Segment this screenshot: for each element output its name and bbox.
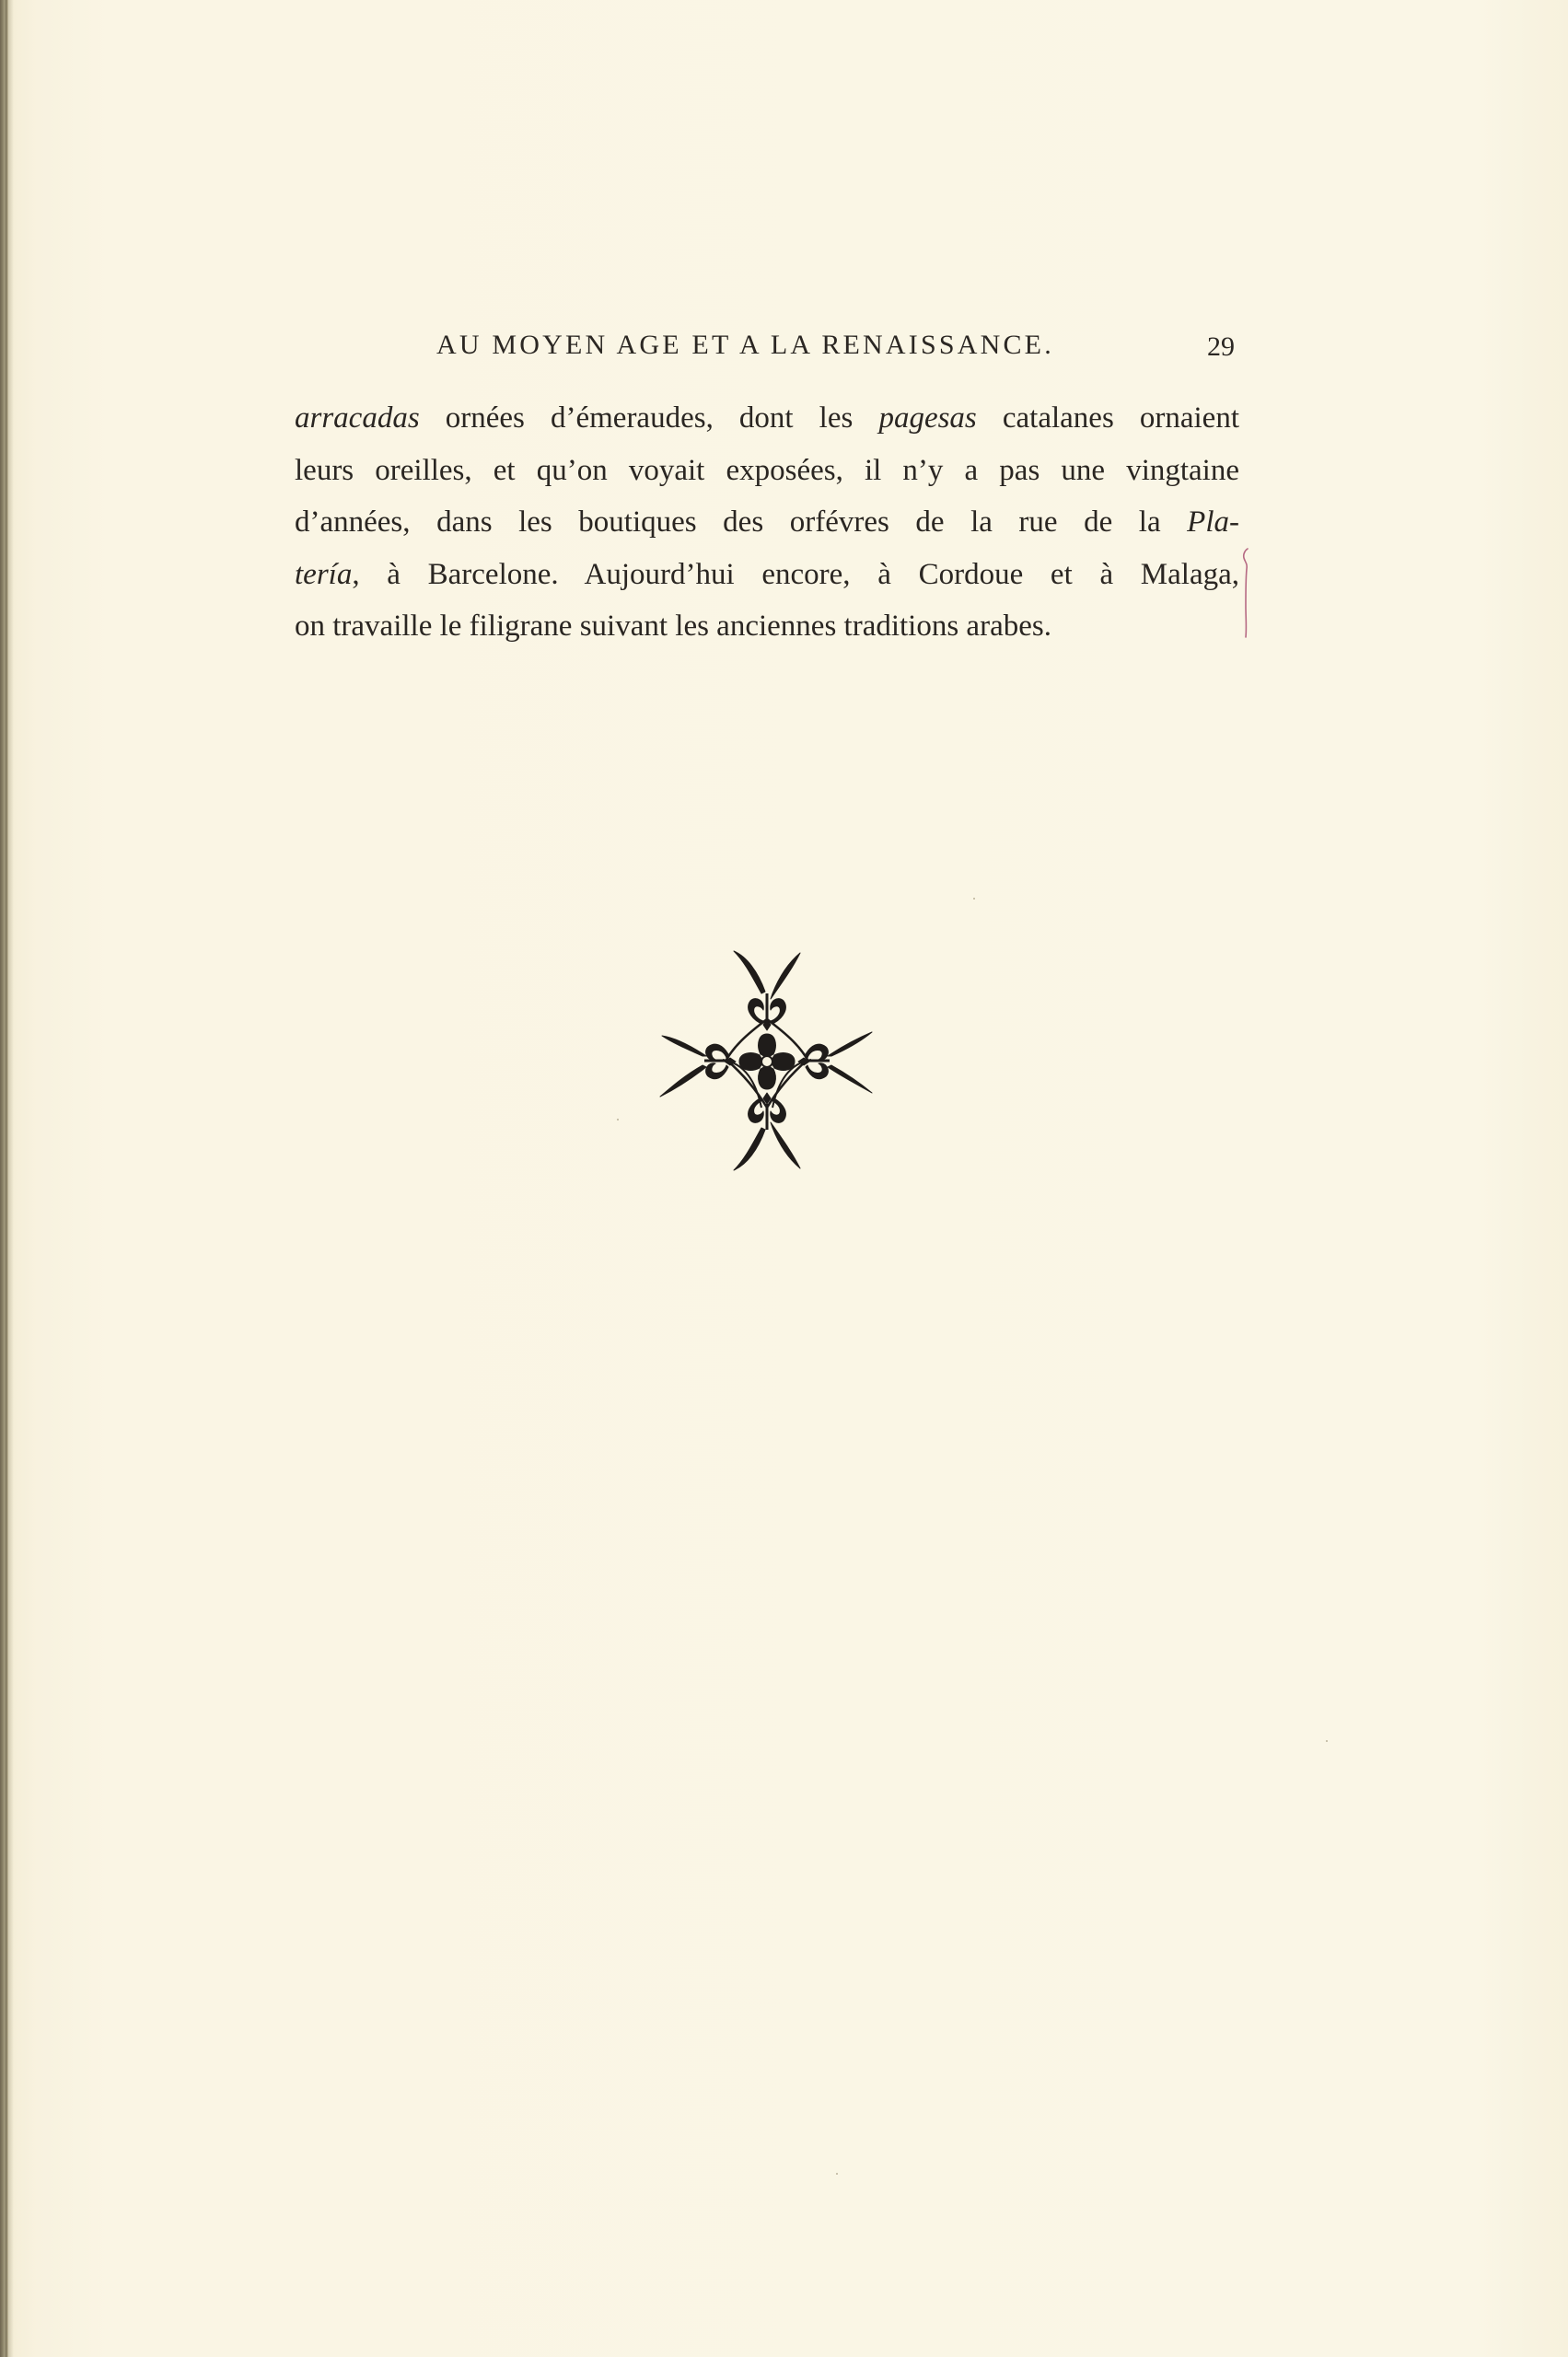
paper-speck — [617, 1119, 619, 1120]
text-line-5: on travaille le filigrane suivant les an… — [295, 600, 1186, 653]
spine-shadow — [8, 0, 14, 2357]
text-segment: , à Barcelone. Aujourd’hui encore, à Cor… — [352, 558, 1239, 591]
text-line-1: arracadas ornées d’émeraudes, dont les p… — [295, 392, 1239, 445]
paper-speck — [836, 2173, 838, 2175]
italic-word: Pla- — [1187, 505, 1239, 539]
text-segment: ornées d’émeraudes, dont les — [420, 401, 879, 435]
red-hair-mark-icon — [1239, 547, 1252, 639]
text-segment: leurs oreilles, et qu’on voyait exposées… — [295, 454, 1239, 487]
italic-word: tería — [295, 558, 352, 591]
text-line-2: leurs oreilles, et qu’on voyait exposées… — [295, 445, 1239, 497]
fleuron-cross-ornament-icon — [642, 935, 892, 1185]
italic-word: arracadas — [295, 401, 420, 435]
text-segment: d’années, dans les boutiques des orfévre… — [295, 505, 1187, 539]
text-line-3: d’années, dans les boutiques des orfévre… — [295, 496, 1239, 549]
book-page: AU MOYEN AGE ET A LA RENAISSANCE. 29 arr… — [0, 0, 1568, 2357]
paper-speck — [973, 898, 975, 900]
page-spine-edge — [0, 0, 8, 2357]
text-segment: on travaille le filigrane suivant les an… — [295, 610, 1051, 643]
running-head-title: AU MOYEN AGE ET A LA RENAISSANCE. — [436, 330, 1092, 361]
body-paragraph: arracadas ornées d’émeraudes, dont les p… — [295, 392, 1239, 653]
page-number: 29 — [1207, 331, 1235, 363]
text-line-4: tería, à Barcelone. Aujourd’hui encore, … — [295, 549, 1239, 601]
text-segment: catalanes ornaient — [977, 401, 1239, 435]
paper-speck — [1326, 1740, 1328, 1742]
italic-word: pagesas — [878, 401, 976, 435]
